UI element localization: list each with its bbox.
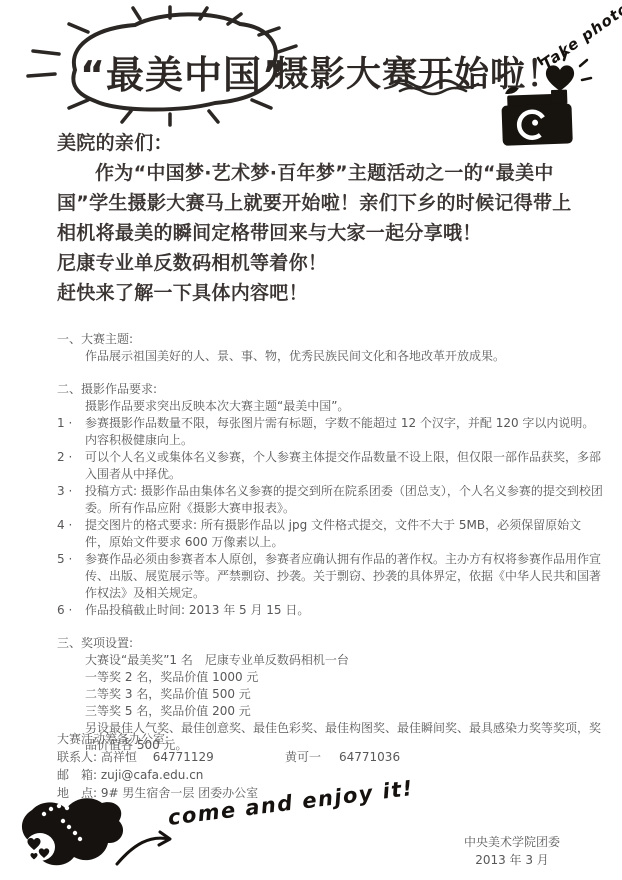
- requirement-item: 1 · 参赛摄影作品数量不限，每张图片需有标题，字数不能超过 12 个汉字，并配…: [57, 415, 605, 449]
- intro-block: 美院的亲们： 作为“中国梦·艺术梦·百年梦”主题活动之一的“最美中国”学生摄影大…: [57, 128, 572, 308]
- award-line: 一等奖 2 名，奖品价值 1000 元: [57, 669, 605, 686]
- contact-line: 联系人: 高祥恒 64771129 黄可一 64771036: [57, 748, 577, 766]
- intro-text-3: 赶快来了解一下具体内容吧！: [57, 278, 572, 308]
- poster: “最美中国” 摄影大赛开始啦！ Take photo 美院的亲们： 作为“中国梦…: [0, 0, 622, 880]
- section-awards-heading: 三、奖项设置:: [57, 635, 605, 652]
- requirement-item: 4 · 提交图片的格式要求: 所有摄影作品以 jpg 文件格式提交，文件不大于 …: [57, 517, 605, 551]
- signature-block: 中央美术学院团委 2013 年 3 月: [443, 833, 581, 869]
- sections: 一、大赛主题: 作品展示祖国美好的人、景、事、物，优秀民族民间文化和各地改革开放…: [57, 331, 605, 770]
- item-text: 参赛摄影作品数量不限，每张图片需有标题，字数不能超过 12 个汉字，并配 120…: [85, 415, 605, 449]
- item-text: 参赛作品必须由参赛者本人原创，参赛者应确认拥有作品的著作权。主办方有权将参赛作品…: [85, 551, 605, 602]
- requirement-item: 6 · 作品投稿截止时间: 2013 年 5 月 15 日。: [57, 602, 605, 619]
- contact-phone-1: 64771129: [153, 750, 214, 764]
- section-requirements: 二、摄影作品要求: 摄影作品要求突出反映本次大赛主题“最美中国”。 1 · 参赛…: [57, 381, 605, 619]
- item-text: 投稿方式: 摄影作品由集体名义参赛的提交到所在院系团委（团总支），个人名义参赛的…: [85, 483, 605, 517]
- item-text: 可以个人名义或集体名义参赛，个人参赛主体提交作品数量不设上限，但仅限一部作品获奖…: [85, 449, 605, 483]
- section-requirements-intro: 摄影作品要求突出反映本次大赛主题“最美中国”。: [57, 398, 605, 415]
- award-line: 三等奖 5 名，奖品价值 200 元: [57, 703, 605, 720]
- section-requirements-heading: 二、摄影作品要求:: [57, 381, 605, 398]
- arrow-doodle: [114, 826, 178, 868]
- signature-date: 2013 年 3 月: [443, 851, 581, 869]
- item-number: 4 ·: [57, 517, 85, 551]
- poster-title-highlight: “最美中国”: [80, 44, 270, 99]
- item-number: 5 ·: [57, 551, 85, 602]
- award-line: 二等奖 3 名，奖品价值 500 元: [57, 686, 605, 703]
- contact-email: 邮 箱: zuji@cafa.edu.cn: [57, 766, 577, 784]
- item-number: 2 ·: [57, 449, 85, 483]
- requirement-item: 5 · 参赛作品必须由参赛者本人原创，参赛者应确认拥有作品的著作权。主办方有权将…: [57, 551, 605, 602]
- contact-person-1: 联系人: 高祥恒: [57, 750, 137, 764]
- salutation: 美院的亲们：: [57, 128, 572, 158]
- section-theme: 一、大赛主题: 作品展示祖国美好的人、景、事、物，优秀民族民间文化和各地改革开放…: [57, 331, 605, 365]
- contact-heading: 大赛活动筹备办公室:: [57, 730, 577, 748]
- requirement-item: 2 · 可以个人名义或集体名义参赛，个人参赛主体提交作品数量不设上限，但仅限一部…: [57, 449, 605, 483]
- contact-phone-2: 64771036: [339, 748, 400, 766]
- award-line: 大赛设“最美奖”1 名 尼康专业单反数码相机一台: [57, 652, 605, 669]
- item-number: 1 ·: [57, 415, 85, 449]
- item-number: 6 ·: [57, 602, 85, 619]
- intro-text-1: 作为“中国梦·艺术梦·百年梦”主题活动之一的“最美中国”学生摄影大赛马上就要开始…: [57, 158, 572, 248]
- organization-name: 中央美术学院团委: [443, 833, 581, 851]
- section-theme-body: 作品展示祖国美好的人、景、事、物，优秀民族民间文化和各地改革开放成果。: [57, 348, 605, 365]
- item-text: 提交图片的格式要求: 所有摄影作品以 jpg 文件格式提交，文件不大于 5MB，…: [85, 517, 605, 551]
- requirement-item: 3 · 投稿方式: 摄影作品由集体名义参赛的提交到所在院系团委（团总支），个人名…: [57, 483, 605, 517]
- item-number: 3 ·: [57, 483, 85, 517]
- section-theme-heading: 一、大赛主题:: [57, 331, 605, 348]
- intro-text-2: 尼康专业单反数码相机等着你！: [57, 248, 572, 278]
- contact-person-2: 黄可一: [285, 748, 321, 766]
- heart-icon: [538, 53, 591, 91]
- item-text: 作品投稿截止时间: 2013 年 5 月 15 日。: [85, 602, 605, 619]
